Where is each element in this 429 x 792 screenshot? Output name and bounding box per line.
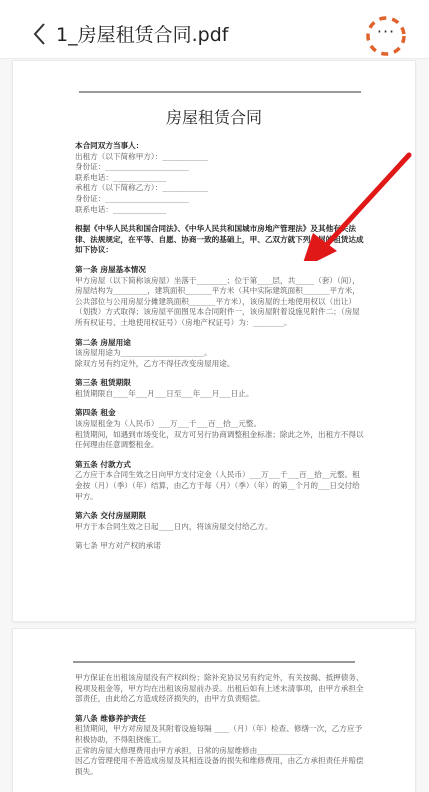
section-heading: 第六条 交付房屋期限: [75, 511, 367, 522]
pdf-page-1[interactable]: 房屋租赁合同 本合同双方当事人： 出租方（以下简称甲方）：___________…: [12, 60, 416, 622]
chevron-left-icon: [30, 22, 50, 46]
contract-body: 本合同双方当事人： 出租方（以下简称甲方）：____________ 身份证：_…: [75, 141, 367, 552]
contract-body-continued: 甲方保证在出租该房屋没有产权纠纷；除补充协议另有约定外，有关按揭、抵押债务、税项…: [75, 673, 367, 777]
app-header: 1_房屋租赁合同.pdf ···: [0, 0, 429, 59]
section-heading: 第一条 房屋基本情况: [75, 265, 367, 276]
parties-heading: 本合同双方当事人：: [75, 141, 367, 152]
party-line: 联系电话：______________: [75, 205, 367, 216]
document-title: 1_房屋租赁合同.pdf: [56, 20, 228, 47]
section-heading: 第七条 甲方对产权的承诺: [75, 541, 367, 552]
section-body: 租赁期限自____年___月___日至___年___月___日止。: [75, 389, 367, 400]
more-horizontal-icon: ···: [364, 14, 408, 58]
back-button[interactable]: [30, 22, 50, 46]
section-body: 甲方于本合同生效之日起____日内，将该房屋交付给乙方。: [75, 522, 367, 533]
section-body: 该房屋租金为（人民币）___万___千___百__拾__元整。 租赁期间，如遇到…: [75, 419, 367, 451]
header-rule: [73, 661, 355, 663]
section-body: 甲方保证在出租该房屋没有产权纠纷；除补充协议另有约定外，有关按揭、抵押债务、税项…: [75, 673, 367, 705]
section-heading: 第五条 付款方式: [75, 460, 367, 471]
section-body: 甲方房屋（以下简称该房屋）坐落于________；位于第____层，共_____…: [75, 276, 367, 329]
party-line: 身份证：______________________: [75, 194, 367, 205]
section-heading: 第四条 租金: [75, 408, 367, 419]
section-heading: 第八条 维修养护责任: [75, 714, 367, 725]
header-rule: [79, 91, 361, 93]
party-line: 联系电话：______________: [75, 173, 367, 184]
section-heading: 第二条 房屋用途: [75, 338, 367, 349]
section-body: 该房屋用途为______________________。 除双方另有约定外，乙…: [75, 348, 367, 369]
party-line: 承租方（以下简称乙方）：____________: [75, 183, 367, 194]
preamble: 根据《中华人民共和国合同法》、《中华人民共和国城市房地产管理法》及其他有关法律、…: [75, 224, 367, 256]
section-body: 乙方应于本合同生效之日向甲方支付定金（人民币）___万___千___百__拾__…: [75, 470, 367, 502]
contract-title: 房屋租赁合同: [13, 105, 415, 128]
party-line: 出租方（以下简称甲方）：____________: [75, 152, 367, 163]
pdf-page-2[interactable]: 甲方保证在出租该房屋没有产权纠纷；除补充协议另有约定外，有关按揭、抵押债务、税项…: [12, 628, 416, 792]
section-heading: 第三条 租赁期限: [75, 378, 367, 389]
more-options-button[interactable]: ···: [364, 14, 408, 58]
section-body: 租赁期间，甲方对房屋及其附着设施每隔 ____（月）（年）检查、修缮一次，乙方应…: [75, 724, 367, 777]
party-line: 身份证：______________________: [75, 162, 367, 173]
